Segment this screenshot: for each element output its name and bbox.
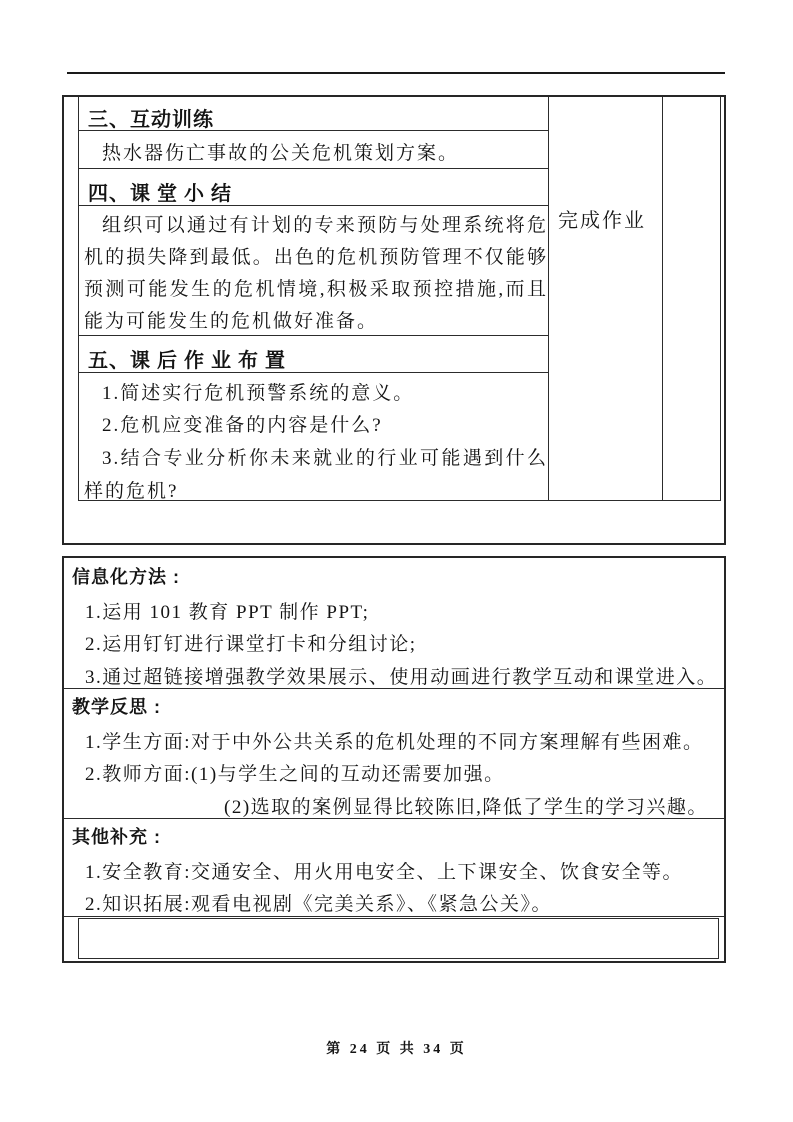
homework-question-3: 3.结合专业分析你未来就业的行业可能遇到什么样的危机? [84,443,548,508]
grid-line-right-inner [720,97,721,500]
homework-question-2: 2.危机应变准备的内容是什么? [84,410,548,443]
empty-note-box [78,918,719,959]
homework-question-1: 1.简述实行危机预警系统的意义。 [84,378,548,411]
info-row-divider-3 [64,916,724,917]
section4-summary-paragraph: 组织可以通过有计划的专来预防与处理系统将危机的损失降到最低。出色的危机预防管理不… [84,210,548,338]
grid-line-homework-right [662,97,663,500]
grid-line-left-inner [78,97,79,500]
reflection-heading: 教学反思 : [72,693,161,719]
info-table: 信息化方法 : 1.运用 101 教育 PPT 制作 PPT; 2.运用钉钉进行… [62,556,726,963]
info-method-heading: 信息化方法 : [72,563,180,589]
info-method-item-1: 1.运用 101 教育 PPT 制作 PPT; [85,597,369,624]
lesson-process-table: 三、互动训练 热水器伤亡事故的公关危机策划方案。 四、课 堂 小 结 组织可以通… [62,95,726,545]
supplement-item-2: 2.知识拓展:观看电视剧《完美关系》、《紧急公关》。 [85,889,552,916]
reflection-item-1: 1.学生方面:对于中外公共关系的危机处理的不同方案理解有些困难。 [85,727,704,754]
supplement-item-1: 1.安全教育:交通安全、用火用电安全、上下课安全、饮食安全等。 [85,857,683,884]
section3-body: 热水器伤亡事故的公关危机策划方案。 [102,138,459,170]
grid-line-content-right [548,97,549,500]
section4-heading: 四、课 堂 小 结 [88,177,232,206]
reflection-item-3: (2)选取的案例显得比较陈旧,降低了学生的学习兴趣。 [224,792,708,819]
reflection-item-2: 2.教师方面:(1)与学生之间的互动还需要加强。 [85,759,505,786]
document-page: { "page": { "footer_text": "第 24 页 共 34 … [0,0,793,1122]
page-number-footer: 第 24 页 共 34 页 [0,1038,793,1058]
info-method-item-2: 2.运用钉钉进行课堂打卡和分组讨论; [85,629,417,656]
section5-heading: 五、课 后 作 业 布 置 [88,344,286,373]
homework-cell: 完成作业 [558,204,646,233]
supplement-heading: 其他补充 : [72,823,161,849]
header-rule [67,72,725,74]
info-method-item-3: 3.通过超链接增强教学效果展示、使用动画进行教学互动和课堂进入。 [85,662,717,689]
section3-heading: 三、互动训练 [88,103,214,132]
